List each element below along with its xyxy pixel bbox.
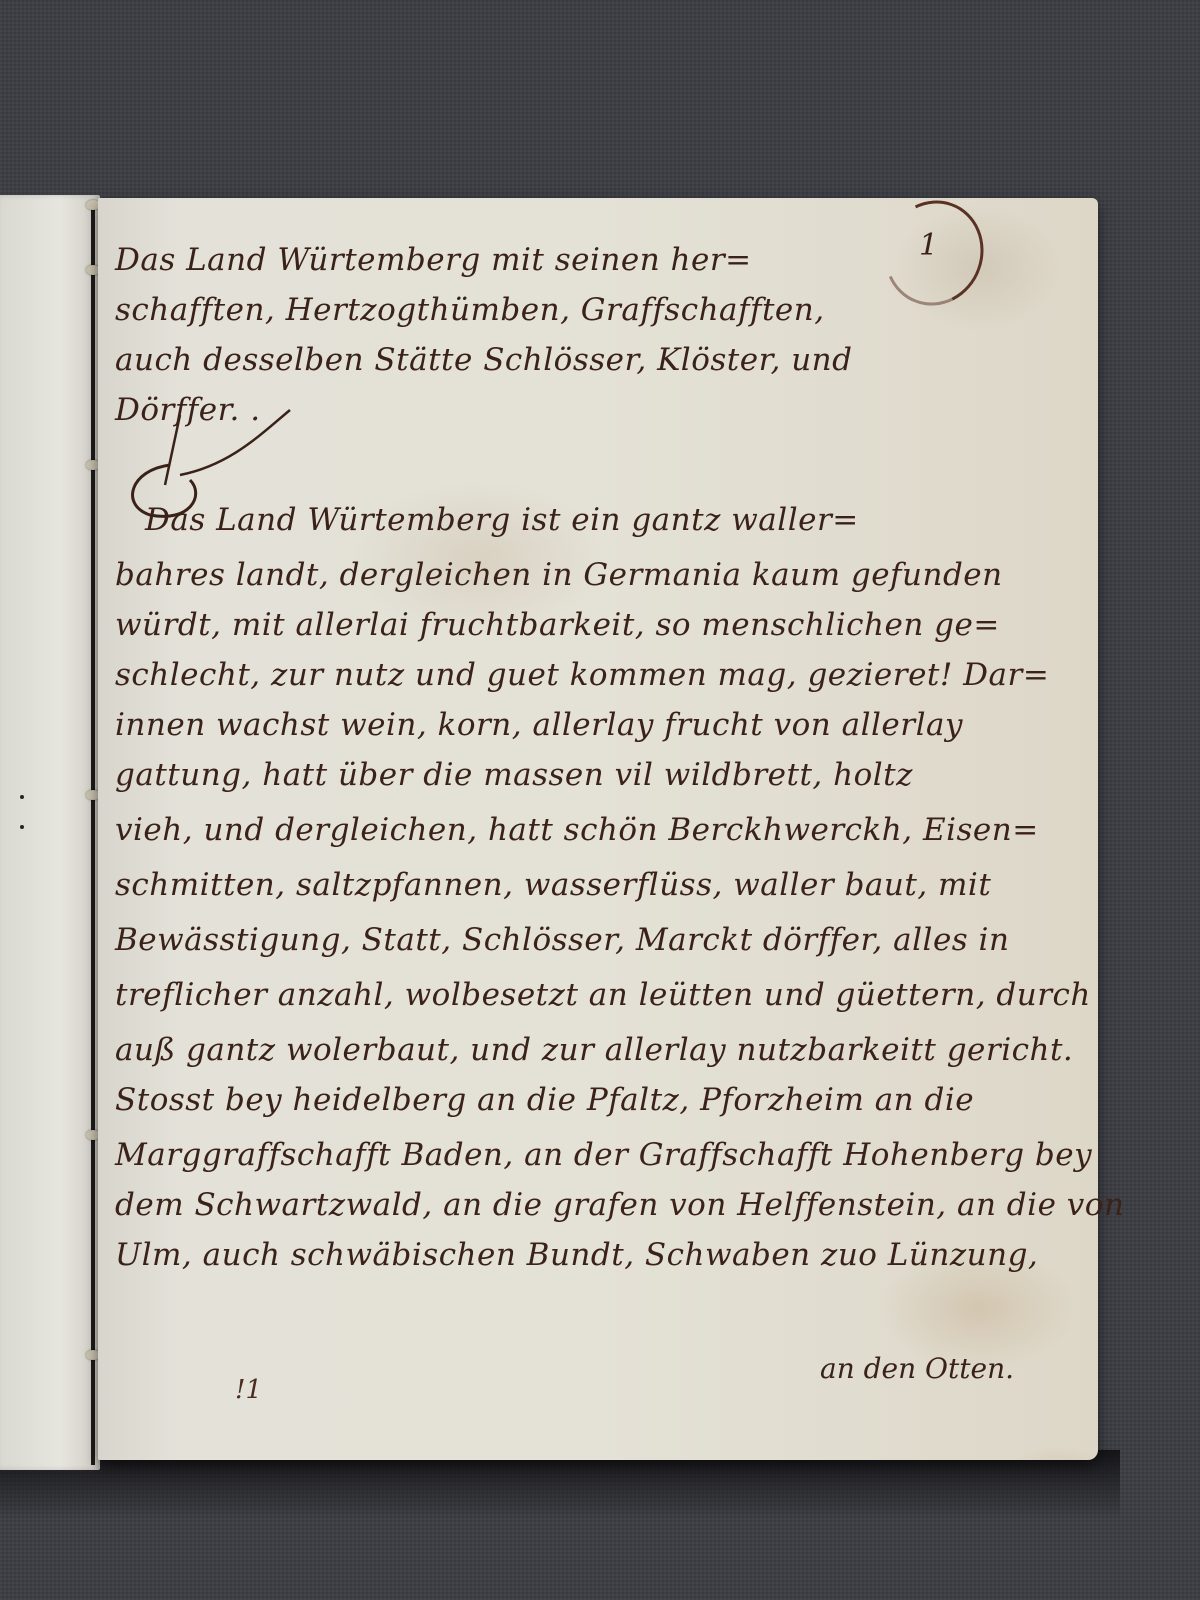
margin-mark: !1 <box>235 1375 262 1405</box>
page-number-value: 1 <box>919 228 938 263</box>
page-number: 1 <box>885 200 995 310</box>
ink-speck <box>20 825 24 829</box>
shadow <box>0 1450 1120 1520</box>
left-page <box>0 195 100 1470</box>
catchword: an den Otten. <box>820 1352 1014 1385</box>
ink-speck <box>20 795 24 799</box>
binding-gutter <box>91 205 95 1465</box>
